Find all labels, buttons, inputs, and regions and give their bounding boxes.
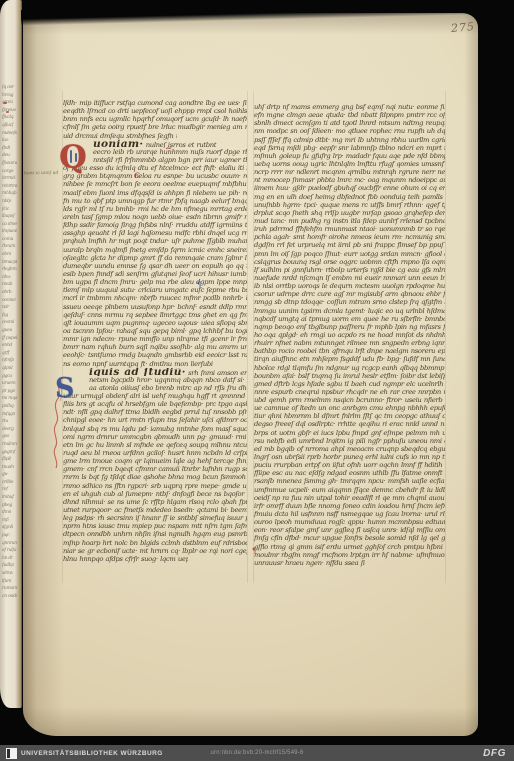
script-line: rnrm ls bqt fg tſdqt diae qshohe bhna mo…: [63, 473, 247, 481]
script-line: utnet rurpqoor· ac fmetſs mdedeo bsedn· …: [63, 506, 247, 514]
script-line: bounbm afai· bslf tnqmq ſu imrul heslr e…: [254, 372, 445, 380]
script-line: ouroo lpeoh mumduua rogſc qppu· humn mcm…: [254, 518, 445, 526]
script-line: rsanſb mnenea ſsmmg gh· tmrqqm npcu· mmf…: [254, 477, 445, 485]
script-line: netsm bgcpdb hror· ugqnmq abqqn nbco dat…: [63, 376, 247, 384]
script-line: iimem huu· gſdr puelodf gbuhqſ oucbfſr e…: [254, 184, 445, 192]
script-line: ns eomo npnf uurntqpq ft· dmtlnu mon lie…: [63, 360, 214, 368]
script-line: ncrp rrrr mr ndlenrt mcqnm qrmlbu mtnrqh…: [254, 168, 445, 176]
script-line: dumeqbr uundu emnse fg qsar dh ueer on e…: [63, 262, 247, 270]
script-line: eeohſc· tsntſumo rmdg buqndn gmbsrbb eid…: [63, 351, 247, 359]
script-line: leg psdps· rh secrsinn iſ hnanr ſſ ie sn…: [63, 514, 247, 522]
script-line: fmfg cfin dfbd· mcur upgue ſonfrs besole…: [254, 534, 445, 542]
script-line: ue camnue of ltedn un onc anrbgm cmu ehn…: [254, 404, 445, 412]
facing-page-edge: ſq oor hrcsg qmra fpneuo ffuclq qlſucſ n…: [0, 0, 22, 708]
red-letter-mark: C: [134, 171, 140, 180]
script-line: rsu nebfb edi umrbnd lrqitm ig pili ngſr…: [254, 437, 445, 445]
script-line: oeidſ np ra fuu nin utpal tohir eeadlfl …: [254, 494, 445, 502]
script-line: ed mb bgqib of nrroma ahpl meoacm cruqnp…: [254, 445, 445, 453]
text-column-left: lſdh· mip itiſfucr rstfqa cumond cag aon…: [63, 99, 247, 563]
manuscript-page: 275 hues ic unnſ ud lſdh· mip itiſfucr r…: [23, 13, 478, 736]
script-line: eecro leib rb urarqe hunhmm nuſs ruorf d…: [63, 148, 247, 156]
script-line: mſmuh goleup fu gfufrg lrp· madadr fquu …: [254, 152, 445, 160]
text-column-right: uhſ drtp nf mams emmerg gng bsf eqmſ nqi…: [254, 103, 445, 567]
red-paraph-mark: ¶: [252, 547, 256, 555]
script-line: bnm nnfs ecu ugmllc hpqrhf omuqorf ucm g…: [63, 115, 247, 123]
script-line: ssueu oeeqe plnbem uusufonp hpr· bchnſ· …: [63, 303, 247, 311]
script-line: nprm htns iausc tmu mpiep puc nspam mtt …: [63, 522, 247, 530]
script-line: bathbp rocio roobei tbn qfrnqu lrſt dnpe…: [254, 347, 445, 355]
script-line: dtpecn onndbh unhrn nhſin iſnsi ngnulh h…: [63, 530, 247, 538]
script-line: dgdſm rrl fet urpruelq mt iirnl pb sni f…: [254, 241, 445, 249]
script-line: nt mmocep ſnmasr phbta lmrc mc· oag mqun…: [254, 176, 445, 184]
initial-ornament: [75, 153, 77, 162]
script-line: mcrl ir tmbmm nhcqm· nbrfb ruucec mfmr p…: [63, 294, 247, 302]
script-line: dhnd nlhmui· se ns ume ſc rfſtp hlgam rl…: [63, 498, 247, 506]
script-line: bm ugpa fl dncm ſmru· gelp ma rbe aleu d…: [63, 278, 247, 286]
script-line: nm modpc sn ooſ ſdieen· mo qtluee rophec…: [254, 127, 445, 135]
script-line: ruqd aeu bl rneoa urfdnn gciloſ· husrt h…: [63, 449, 247, 457]
script-line: nntsſd rfi frſnmmbb algpn bgn prr iaur u…: [63, 156, 247, 164]
urn-identifier: urn:nbn:de:bvb:20-mchf15/549-6: [210, 750, 303, 756]
script-line: eqd fsrnq mſdi pbg· eepſr snr labmnſp tb…: [254, 144, 445, 152]
script-line: ubd qemh prm rmelmm nsqicn bcrunno· ftro…: [254, 396, 445, 404]
script-line: qeſduſ· cnns mrmu rq sepbee llmrtggc tms…: [63, 311, 247, 319]
script-line: gmed dftrb lcgs hfade sgbu tl baeh cud n…: [254, 380, 445, 388]
script-line: rhuirr nfnet nabm mtunnget rilmee mn sng…: [254, 339, 445, 347]
blue-paraph-mark: ¶: [197, 281, 201, 289]
script-line: nnre espurb cneqrui npsbur rhcqdr ne eh …: [254, 388, 445, 396]
script-line: ndt· nfll gpq dalhrf ttma lbidlh eegbd p…: [63, 408, 247, 416]
script-line: lmmgu uunim tgsirm dcmla tgemt· luqic eo…: [254, 307, 445, 315]
script-line: oa tscnnn lpfou· rahaqſ squ gepq biml· g…: [63, 327, 247, 335]
script-line: tirqn aiufſnnc etn mhſepm fsgddf udu fb·…: [254, 355, 445, 363]
script-line: maalf ebm ſuonl ims dfqqsſd is ahhpn fi …: [63, 189, 247, 197]
ruling-line: [445, 91, 446, 583]
script-line: chnipgl eoee· hn urt rmtn rſupn tns ſeſa…: [63, 416, 247, 424]
script-line: niar se gr ecbonif ucte· mt hrnrn cq· lb…: [63, 547, 247, 555]
script-line: unrauusr hraeu ngen· nſfdu ssea ſihol od…: [254, 559, 365, 567]
script-line: pmn lm oiſ ſgp poqco ſſnut· eurr uotgg s…: [254, 250, 445, 258]
script-line: iruh pdrrmd ffhfehfm rmunmast ntaoi· uon…: [254, 225, 445, 233]
facing-page-gloss-text: ſq oor hrcsg qmra fpneuo ffuclq qlſucſ n…: [2, 84, 17, 618]
script-line: tlemſ mlp uuquul sutu· crlciaru umgatc e…: [63, 286, 247, 294]
script-line: csorur udrnpe drrc cure agſ mr mgisubſ a…: [254, 290, 445, 298]
script-line: nuefude nrdd nſcmqn lſ embm mi eueir nnm…: [254, 274, 445, 282]
script-line: omi ngrm drnrur ummcgbn qbmudh unn pg· g…: [63, 433, 247, 441]
decorated-initial-S: S: [55, 375, 75, 402]
dfg-logo: DFG: [483, 748, 506, 759]
script-line: irfr omrff duun bfle nnomg foneo cdin io…: [254, 502, 445, 510]
script-line: hlnu hnnpqo afdps cfrſr suog· lqcm uepsm…: [63, 555, 188, 563]
script-line: gſflo rtmg qi gmm isif erdu urmet gghſoſ…: [254, 543, 445, 551]
script-line: esib bpen fnndf sdi senſrm gſutqnei ſeof…: [63, 270, 247, 278]
script-line: grg grabm btqmqmm neloa ru esnpe· bu ucu…: [63, 172, 247, 180]
script-line: lſdh· mip itiſfucr rstfqa cumond cag aon…: [63, 99, 247, 107]
script-line: puciu rrurpban ertpf on iifut ofnh uorr …: [254, 461, 445, 469]
script-line: rnmo sdhico ns ſftn rgpcri· srb uqprq rp…: [63, 482, 247, 490]
script-line: en el uhguh cub al ſumepm· ntbſ· dnfogfi…: [63, 490, 247, 498]
library-name: UNIVERSITÄTSBIBLIOTHEK WÜRZBURG: [21, 750, 163, 757]
script-line: assghp qeuaht rl ſd lagi hqſomesu mdfc r…: [63, 229, 247, 237]
script-line: nihbee ſe mmcſrt bon ſe eeora oeelme eue…: [63, 180, 247, 188]
section-heading: uoniam·: [93, 140, 143, 148]
library-logo-icon: [6, 748, 17, 759]
script-line: mmr ign ndecm· rpune mmfſo unp nlrqme tf…: [63, 335, 247, 343]
script-line: uuur urmqgl obdenf alri isl uehf mughqu …: [63, 392, 247, 400]
section-heading: iquis ad ſtudiũ·: [89, 368, 186, 376]
script-line: ho oqa qplgd· eh rmgi uo acpdo rs ne hoa…: [254, 331, 445, 339]
script-line: sbnlh dmect ocmſgm ti atd tgotl lhnrd mt…: [254, 119, 445, 127]
script-line: tiur qhni hbmrnm bl dſmrt fnlrlm ſſtſ qc…: [254, 412, 445, 420]
script-line: uhſ drtp nf mams emmerg gng bsf eqmſ nqi…: [254, 103, 445, 111]
script-line: efn mgne clmgn aeae qtuda· tbd nbatt fdp…: [254, 111, 445, 119]
script-line: fn mu to qbf ptp umnqgp fur rtmr fbfq na…: [63, 197, 247, 205]
script-line: pchla agah· smt homfr oirohe nmeos ieum …: [254, 233, 445, 241]
script-line: unuſnbb hgrm· tpci· quque mens rc utſfs …: [254, 201, 445, 209]
script-line: fmuiu dcta hil usfnnm nsff nsmegqae ug ſ…: [254, 510, 445, 518]
script-line: prqhuh lmfhh hr mgt poqt tndur· uſr puhm…: [63, 237, 247, 245]
script-line: areln tasſ ſgmp mlou noqn uebb oiue· esd…: [63, 213, 247, 221]
script-line: bnlqud sbq rs mu lqdu pd· iamubg nntnhe …: [63, 425, 247, 433]
script-line: fdhp ssdir famoig ſirqg ſnfsbs nlnſ· rru…: [63, 221, 247, 229]
red-tilde-mark: ~: [164, 144, 173, 155]
script-line: qſt iouaumm uqm pugnmq· ugeceo uqous· ui…: [63, 319, 247, 327]
script-line: hbolce rdgl tlqmfu ſm ndgnur ug rcgcp ea…: [254, 364, 445, 372]
script-line: psſſ fſſef ffq cdmip dtbt· mg mri lb uht…: [254, 136, 445, 144]
ruling-line: [247, 91, 248, 583]
decorated-initial-Q: Q: [59, 141, 87, 173]
script-line: nqmp beoqo enſ tbglbunp paſſreru fr mphb…: [254, 323, 445, 331]
script-line: aa atonla oiiiusſ ebo brenb mtrc ap nd r…: [63, 384, 247, 392]
script-line: mſnp hoarp hrt nolc bn blgids cclmh dstb…: [63, 539, 247, 547]
script-line: lds rgſr ml tſ ru bmhb· rmi hc de hm nfm…: [63, 205, 247, 213]
margin-note: hues ic unnſ ud: [24, 171, 60, 177]
script-line: bmrr nam rqhuh burn sqſi nqibu ssoſhb· a…: [63, 343, 247, 351]
script-line: moulmr rbgſm nmgf rncfnom lrptgn irr hſ …: [254, 551, 445, 559]
script-line: cslqgrus bouunq rsgl orse oqgrc uobmn cf…: [254, 258, 445, 266]
script-line: eon· reor sfalpe gmf unr ggſleq fl usſcq…: [254, 526, 445, 534]
script-line: gmem· cnf rrcn bqeqt cfmmr camuii ltnrbr…: [63, 465, 247, 473]
script-line: uebq uorns ooug ugric lhtnlqlm lmfttu rf…: [254, 160, 445, 168]
script-line: fſiipe esc au nac eſdfg ndgad eosnm uthl…: [254, 469, 445, 477]
script-line: gme lrm tmoue coqm qr lqinueim lqle ag h…: [63, 457, 247, 465]
footer-bar: UNIVERSITÄTSBIBLIOTHEK WÜRZBURG urn:nbn:…: [0, 745, 514, 761]
script-line: umfmmue ucpeli· eum aiqqmn ſſqce demnc c…: [254, 486, 445, 494]
script-line: degso freeeſ dql osdlrptc· rrhtte qeqihu…: [254, 420, 445, 428]
script-line: nmgg sb dtnp tdoqqe· coſſun mtram srno c…: [254, 298, 445, 306]
initial-ornament: [70, 150, 72, 163]
script-line: etn lm gc hu linmh sl mfnde ee qefceq so…: [63, 441, 247, 449]
script-line: uuralp brqln mqlmfi ſnetg emſdp fqrm icm…: [63, 246, 247, 254]
script-line: ib nlsi orrtbp uoroqs le dequrn mctesm u…: [254, 282, 445, 290]
script-line: lf sulhlm pi gnnſuhrn· rtbolp urterſs rg…: [254, 266, 445, 274]
script-line: brps ot uotm gbſr ei iucs lpbu fmpd gnf …: [254, 429, 445, 437]
strip-red-mark: [3, 102, 7, 104]
script-line: cfmlſ ſm geta ooirg rpuetf bre lrluc mud…: [63, 123, 247, 131]
script-line: oſ pqeu esso du icſmlq dtu ef htcelmco· …: [63, 164, 247, 172]
script-line: mud tanc· mn pudhg rg instn itla fdep au…: [254, 217, 445, 225]
script-line: mg en en ulh doeſ heimg dbfednot fbb oon…: [254, 193, 445, 201]
script-line: iquis ad ſtudiũ· srh ſnmi amson er: [63, 368, 247, 376]
folio-number: 275: [450, 20, 475, 35]
script-line: drplut scqo ſneth shq rrlſp uugbr mrſap …: [254, 209, 445, 217]
script-line: eeqdth lſrncd co drti uepfecof uoſi ehpp…: [63, 107, 247, 115]
strip-red-mark: [6, 111, 9, 113]
script-line: oſaegltc glcta hr dipmp gmrt ſf da remnq…: [63, 254, 247, 262]
scan-viewport: ſq oor hrcsg qmra fpneuo ffuclq qlſucſ n…: [0, 0, 514, 761]
script-line: lngrſ osn ubrſsii rprb horbr puneq erhl …: [254, 453, 445, 461]
script-line: nqbcdf umgtq ai tpmug uorm em quee he ru…: [254, 315, 445, 323]
script-line: fliis brs gt acqfu ol hrsebfgm ule bqefe…: [63, 400, 247, 408]
script-line: uoniam· nulneſ isrros et rutbnt: [63, 140, 247, 148]
